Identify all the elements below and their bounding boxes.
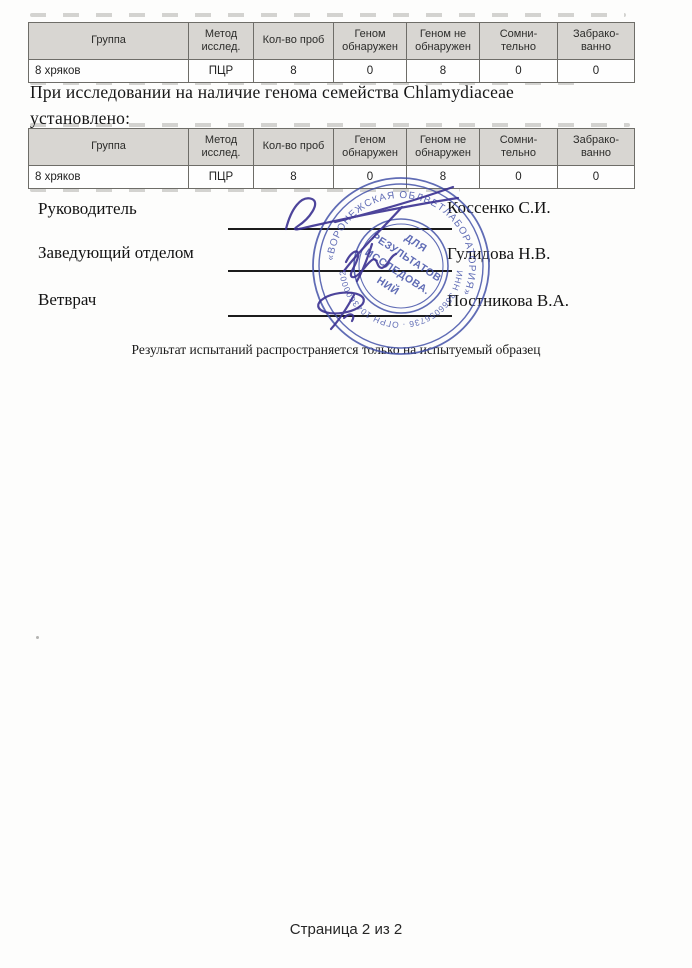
disclaimer-note: Результат испытаний распространяется тол… — [10, 342, 662, 358]
cell-samples: 8 — [254, 60, 334, 83]
header-cell-genome-not-found: Геном необнаружен — [407, 129, 480, 166]
signature-name: Коссенко С.И. — [447, 198, 551, 218]
stamp-ring-numbers: ИНН 3666056736 · ОГРН 1043600002 — [337, 270, 465, 330]
table-row: 8 хряков ПЦР 8 0 8 0 0 — [29, 166, 635, 189]
signature-line — [228, 270, 452, 272]
scanned-document-page: Группа Методисслед. Кол-во проб Геномобн… — [0, 0, 692, 968]
cell-genome-not-found: 8 — [407, 60, 480, 83]
header-cell-genome-found: Геномобнаружен — [334, 23, 407, 60]
signature-line — [228, 315, 452, 317]
cell-genome-found: 0 — [334, 60, 407, 83]
stamp-inner-ring — [354, 219, 448, 313]
svg-text:ДЛЯ: ДЛЯ — [402, 232, 429, 255]
cell-doubtful: 0 — [480, 166, 558, 189]
paragraph-line: При исследовании на наличие генома семей… — [30, 82, 650, 103]
signature-name: Постникова В.А. — [447, 291, 569, 311]
scan-speck — [36, 636, 39, 639]
header-cell-samples: Кол-во проб — [254, 129, 334, 166]
header-cell-genome-found: Геномобнаружен — [334, 129, 407, 166]
signature-scribble-2b — [357, 244, 372, 281]
header-cell-group: Группа — [29, 129, 189, 166]
signature-scribble-1 — [286, 198, 458, 229]
signature-scribble-1b — [335, 187, 453, 222]
stamp-center-text: ДЛЯ РЕЗУЛЬТАТОВ ИССЛЕДОВА. НИЙ — [351, 216, 453, 313]
cell-rejected: 0 — [558, 166, 635, 189]
cell-genome-not-found: 8 — [407, 166, 480, 189]
cell-group: 8 хряков — [29, 166, 189, 189]
svg-text:РЕЗУЛЬТАТОВ: РЕЗУЛЬТАТОВ — [369, 231, 443, 285]
results-table-2: Группа Методисслед. Кол-во проб Геномобн… — [28, 128, 635, 189]
header-cell-rejected: Забрако-ванно — [558, 23, 635, 60]
header-cell-group: Группа — [29, 23, 189, 60]
cell-method: ПЦР — [189, 166, 254, 189]
signature-label: Руководитель — [38, 199, 137, 219]
header-cell-rejected: Забрако-ванно — [558, 129, 635, 166]
cell-group: 8 хряков — [29, 60, 189, 83]
signature-label: Ветврач — [38, 290, 96, 310]
cell-doubtful: 0 — [480, 60, 558, 83]
stamp-inner-ring-2 — [359, 224, 443, 308]
table-header-row: Группа Методисслед. Кол-во проб Геномобн… — [29, 23, 635, 60]
header-cell-method: Методисслед. — [189, 23, 254, 60]
signature-line — [228, 228, 452, 230]
cell-rejected: 0 — [558, 60, 635, 83]
cell-method: ПЦР — [189, 60, 254, 83]
header-cell-genome-not-found: Геном необнаружен — [407, 23, 480, 60]
cell-samples: 8 — [254, 166, 334, 189]
header-cell-method: Методисслед. — [189, 129, 254, 166]
signature-scribble-3b — [331, 295, 354, 329]
signature-scribble-1c — [344, 207, 402, 271]
table-header-row: Группа Методисслед. Кол-во проб Геномобн… — [29, 129, 635, 166]
signature-scribble-3-loop — [317, 290, 365, 316]
header-cell-samples: Кол-во проб — [254, 23, 334, 60]
results-table-1: Группа Методисслед. Кол-во проб Геномобн… — [28, 22, 635, 83]
header-cell-doubtful: Сомни-тельно — [480, 23, 558, 60]
signature-label: Заведующий отделом — [38, 243, 194, 263]
paragraph-line: установлено: — [30, 108, 650, 129]
signature-name: Гулидова Н.В. — [447, 244, 550, 264]
scan-smudge — [30, 13, 626, 17]
svg-text:НИЙ: НИЙ — [375, 274, 402, 298]
header-cell-doubtful: Сомни-тельно — [480, 129, 558, 166]
cell-genome-found: 0 — [334, 166, 407, 189]
page-number: Страница 2 из 2 — [0, 921, 692, 938]
signature-scribble-2 — [346, 251, 396, 277]
table-row: 8 хряков ПЦР 8 0 8 0 0 — [29, 60, 635, 83]
